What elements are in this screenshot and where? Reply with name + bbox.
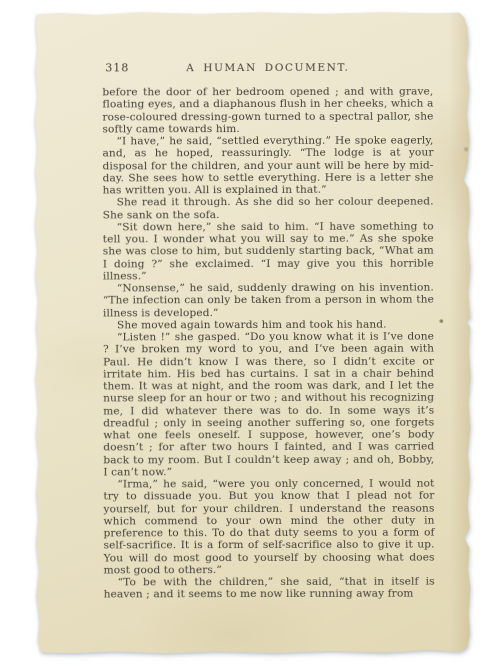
- paragraph: before the door of her bedroom opened ; …: [102, 86, 433, 136]
- paragraph: She read it through. As she did so her c…: [103, 196, 434, 221]
- running-title: A HUMAN DOCUMENT.: [102, 61, 433, 76]
- paper-sheet: 318 A HUMAN DOCUMENT. before the door of…: [34, 11, 472, 653]
- book-page: 318 A HUMAN DOCUMENT. before the door of…: [34, 11, 472, 653]
- page-header: 318 A HUMAN DOCUMENT.: [102, 61, 433, 76]
- paragraph: “I have,” he said, “settled everything.”…: [102, 135, 433, 197]
- paragraph: “Listen !” she gasped. “Do you know what…: [103, 331, 434, 479]
- paragraph: “Sit down here,” she said to him. “I hav…: [103, 220, 434, 282]
- paragraph: She moved again towards him and took his…: [103, 318, 434, 331]
- paragraph: “Nonsense,” he said, suddenly drawing on…: [103, 282, 434, 320]
- paragraph: “To be with the children,” she said, “th…: [104, 576, 435, 601]
- page-text-block: before the door of her bedroom opened ; …: [102, 86, 434, 601]
- paragraph: “Irma,” he said, “were you only concerne…: [103, 478, 434, 577]
